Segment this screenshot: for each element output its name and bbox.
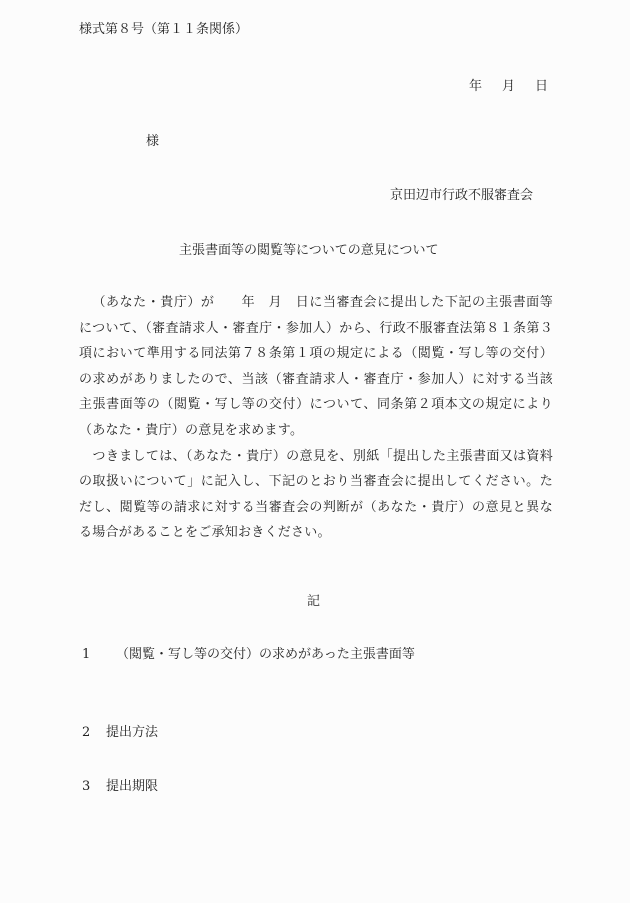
item-number: 2 (82, 725, 106, 741)
sender: 京田辺市行政不服審査会 (390, 188, 533, 204)
record-mark: 記 (307, 594, 320, 610)
document-subject: 主張書面等の閲覧等についての意見について (179, 243, 438, 259)
list-item: 2提出方法 (82, 725, 158, 741)
list-item: 3提出期限 (82, 779, 158, 795)
item-label: 提出方法 (106, 725, 158, 740)
item-number: 1 (82, 647, 116, 663)
date-year-label: 年 (469, 79, 482, 95)
body-text: （あなた・貴庁）が 年 月 日に当審査会に提出した下記の主張書面等について、（審… (79, 290, 553, 546)
date-line: 年月日 (469, 79, 548, 95)
body-paragraph: つきましては、（あなた・貴庁）の意見を、別紙「提出した主張書面又は資料の取扱いに… (79, 444, 553, 546)
form-number: 様式第８号（第１１条関係） (79, 22, 248, 38)
date-day-label: 日 (535, 79, 548, 95)
addressee: 様 (146, 134, 159, 150)
date-month-label: 月 (502, 79, 515, 95)
item-number: 3 (82, 779, 106, 795)
body-paragraph: （あなた・貴庁）が 年 月 日に当審査会に提出した下記の主張書面等について、（審… (79, 290, 553, 444)
item-label: 提出期限 (106, 779, 158, 794)
list-item: 1（閲覧・写し等の交付）の求めがあった主張書面等 (82, 647, 415, 663)
item-label: （閲覧・写し等の交付）の求めがあった主張書面等 (116, 647, 415, 662)
